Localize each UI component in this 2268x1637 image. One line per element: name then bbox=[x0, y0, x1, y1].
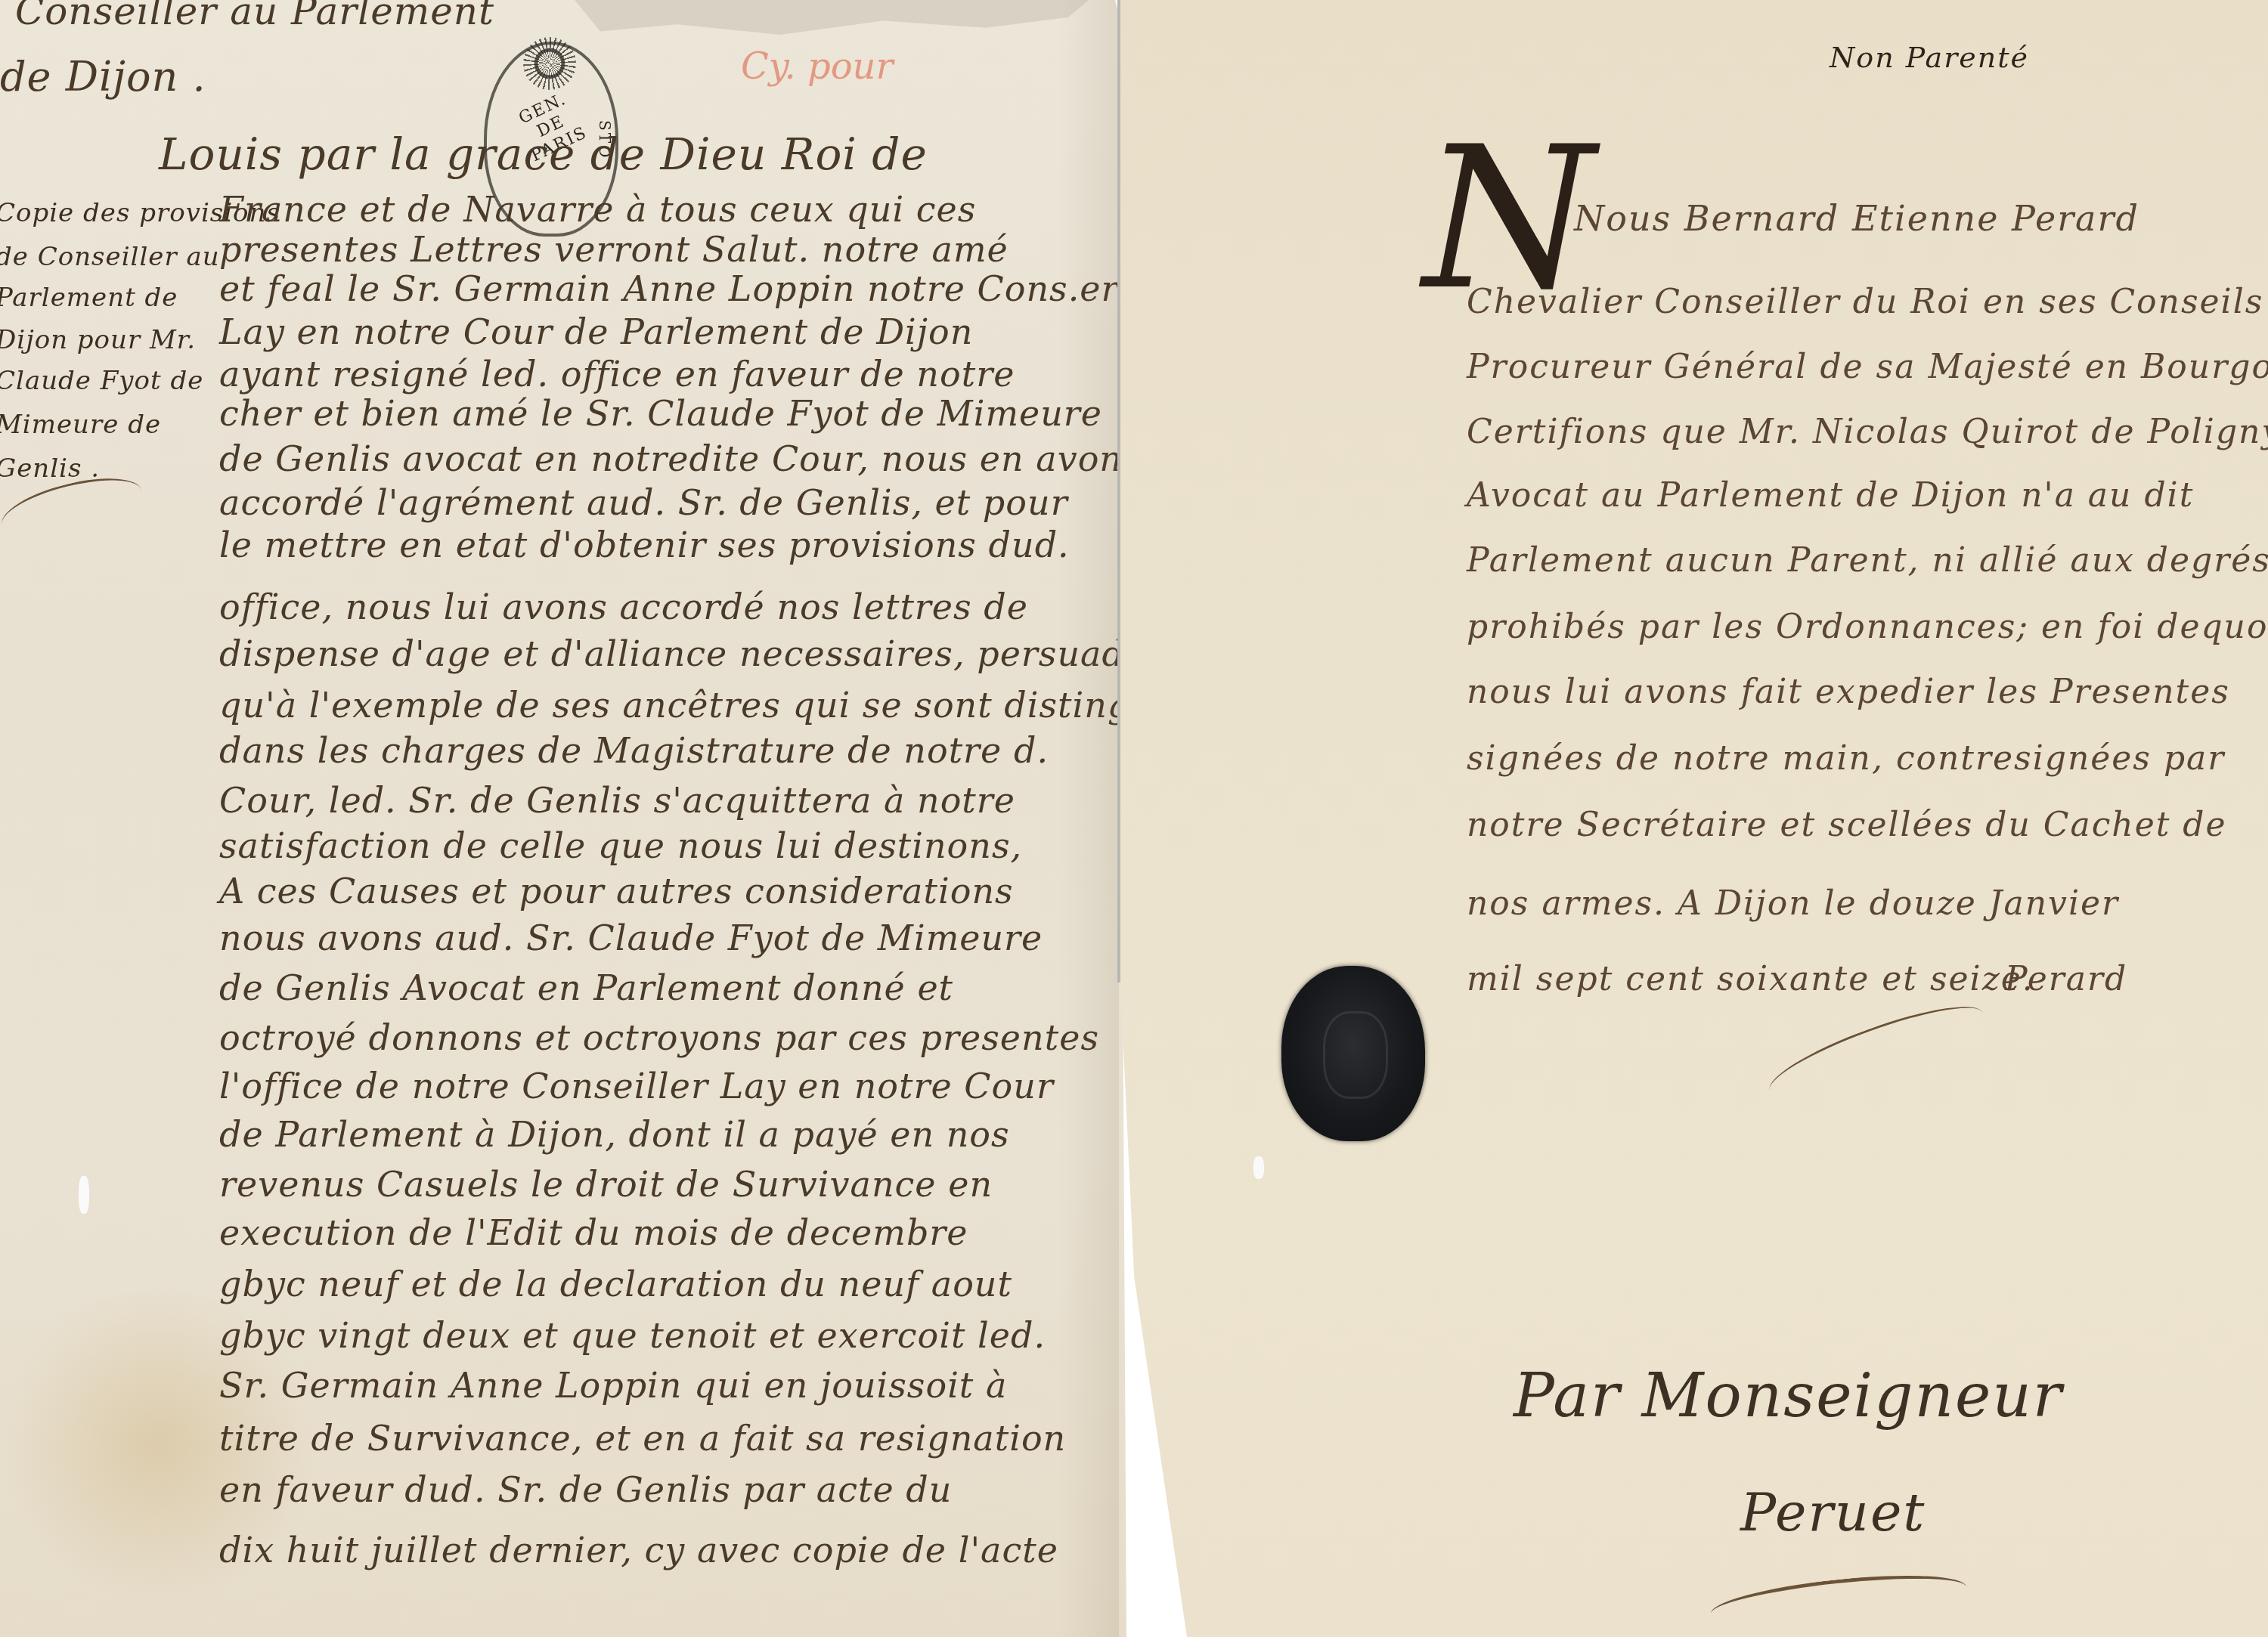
body-line: Sr. Germain Anne Loppin qui en jouissoit… bbox=[219, 1365, 1007, 1406]
certificate-line: mil sept cent soixante et seize. bbox=[1467, 960, 2034, 998]
paper-hole bbox=[1253, 1156, 1264, 1179]
certificate-line: nos armes. A Dijon le douze Janvier bbox=[1467, 884, 2119, 923]
body-line: France et de Navarre à tous ceux qui ces bbox=[219, 189, 976, 230]
body-line: octroyé donnons et octroyons par ces pre… bbox=[219, 1017, 1099, 1058]
body-line: presentes Lettres verront Salut. notre a… bbox=[219, 229, 1009, 270]
red-annotation: Cy. pour bbox=[741, 45, 893, 88]
body-line: cher et bien amé le Sr. Claude Fyot de M… bbox=[219, 393, 1102, 434]
margin-note-line: Mimeure de bbox=[0, 410, 161, 440]
body-line: qu'à l'exemple de ses ancêtres qui se so… bbox=[219, 685, 1126, 726]
secretary-flourish bbox=[1709, 1566, 1969, 1634]
torn-paper-edge bbox=[575, 0, 1089, 35]
perard-signature: Perard bbox=[2005, 960, 2127, 998]
body-line: le mettre en etat d'obtenir ses provisio… bbox=[219, 525, 1070, 565]
certificate-line: Chevalier Conseiller du Roi en ses Conse… bbox=[1467, 283, 2263, 321]
body-line: revenus Casuels le droit de Survivance e… bbox=[219, 1164, 993, 1205]
body-line: A ces Causes et pour autres consideratio… bbox=[219, 871, 1014, 911]
left-header-line-1: Conseiller au Parlement bbox=[15, 0, 494, 33]
margin-note-line: de Conseiller au bbox=[0, 242, 220, 272]
margin-note-line: Dijon pour Mr. bbox=[0, 325, 196, 355]
body-line: accordé l'agrément aud. Sr. de Genlis, e… bbox=[219, 482, 1068, 523]
body-line: et feal le Sr. Germain Anne Loppin notre… bbox=[219, 268, 1119, 309]
body-line: en faveur dud. Sr. de Genlis par acte du bbox=[219, 1469, 952, 1510]
non-parente-note: Non Parenté bbox=[1830, 41, 2029, 74]
body-line: l'office de notre Conseiller Lay en notr… bbox=[219, 1066, 1054, 1106]
certificate-line: signées de notre main, contresignées par bbox=[1467, 739, 2225, 778]
body-line: dix huit juillet dernier, cy avec copie … bbox=[219, 1530, 1058, 1570]
black-wax-seal bbox=[1281, 966, 1425, 1141]
certificate-line: prohibés par les Ordonnances; en foi deq… bbox=[1467, 608, 2268, 646]
left-header-line-2: de Dijon . bbox=[0, 53, 206, 101]
body-line: dispense d'age et d'alliance necessaires… bbox=[219, 633, 1126, 674]
body-line: execution de l'Edit du mois de decembre bbox=[219, 1212, 968, 1253]
body-line: de Genlis avocat en notredite Cour, nous… bbox=[219, 438, 1126, 479]
body-line: nous avons aud. Sr. Claude Fyot de Mimeu… bbox=[219, 918, 1043, 958]
body-line: de Genlis Avocat en Parlement donné et bbox=[219, 967, 953, 1008]
secretary-signature: Peruet bbox=[1740, 1481, 1926, 1543]
margin-note-line: Genlis . bbox=[0, 453, 100, 484]
body-line: de Parlement à Dijon, dont il a payé en … bbox=[219, 1114, 1010, 1155]
body-line: Louis par la grace de Dieu Roi de bbox=[159, 128, 928, 180]
certificate-line: Avocat au Parlement de Dijon n'a au dit bbox=[1467, 476, 2194, 515]
body-line: Lay en notre Cour de Parlement de Dijon bbox=[219, 311, 973, 352]
body-line: Cour, led. Sr. de Genlis s'acquittera à … bbox=[219, 780, 1015, 821]
body-line: ayant resigné led. office en faveur de n… bbox=[219, 354, 1015, 395]
body-line: titre de Survivance, et en a fait sa res… bbox=[219, 1418, 1066, 1459]
sun-emblem-icon bbox=[523, 37, 576, 90]
right-manuscript-page: Non Parenté N Nous Bernard Etienne Perar… bbox=[1120, 0, 2268, 1637]
certificate-line: notre Secrétaire et scellées du Cachet d… bbox=[1467, 806, 2227, 844]
left-manuscript-page: Conseiller au Parlement de Dijon . GEN. … bbox=[0, 0, 1126, 1637]
body-line: satisfaction de celle que nous lui desti… bbox=[219, 825, 1022, 866]
body-line: office, nous lui avons accordé nos lettr… bbox=[219, 586, 1028, 627]
certificate-line: nous lui avons fait expedier les Present… bbox=[1467, 673, 2230, 711]
par-monseigneur-closing: Par Monseigneur bbox=[1514, 1360, 2063, 1431]
body-line: gbyc neuf et de la declaration du neuf a… bbox=[219, 1264, 1012, 1304]
margin-note-line: Parlement de bbox=[0, 283, 178, 313]
certificate-line: Nous Bernard Etienne Perard bbox=[1574, 198, 2139, 239]
certificate-line: Procureur Général de sa Majesté en Bourg… bbox=[1467, 348, 2268, 386]
body-line: gbyc vingt deux et que tenoit et exercoi… bbox=[219, 1315, 1046, 1356]
paper-hole bbox=[79, 1176, 89, 1214]
body-line: dans les charges de Magistrature de notr… bbox=[219, 730, 1049, 771]
certificate-line: Parlement aucun Parent, ni allié aux deg… bbox=[1467, 541, 2268, 580]
margin-note-line: Claude Fyot de bbox=[0, 366, 203, 396]
signature-flourish bbox=[1761, 991, 1991, 1113]
certificate-line: Certifions que Mr. Nicolas Quirot de Pol… bbox=[1467, 413, 2268, 451]
